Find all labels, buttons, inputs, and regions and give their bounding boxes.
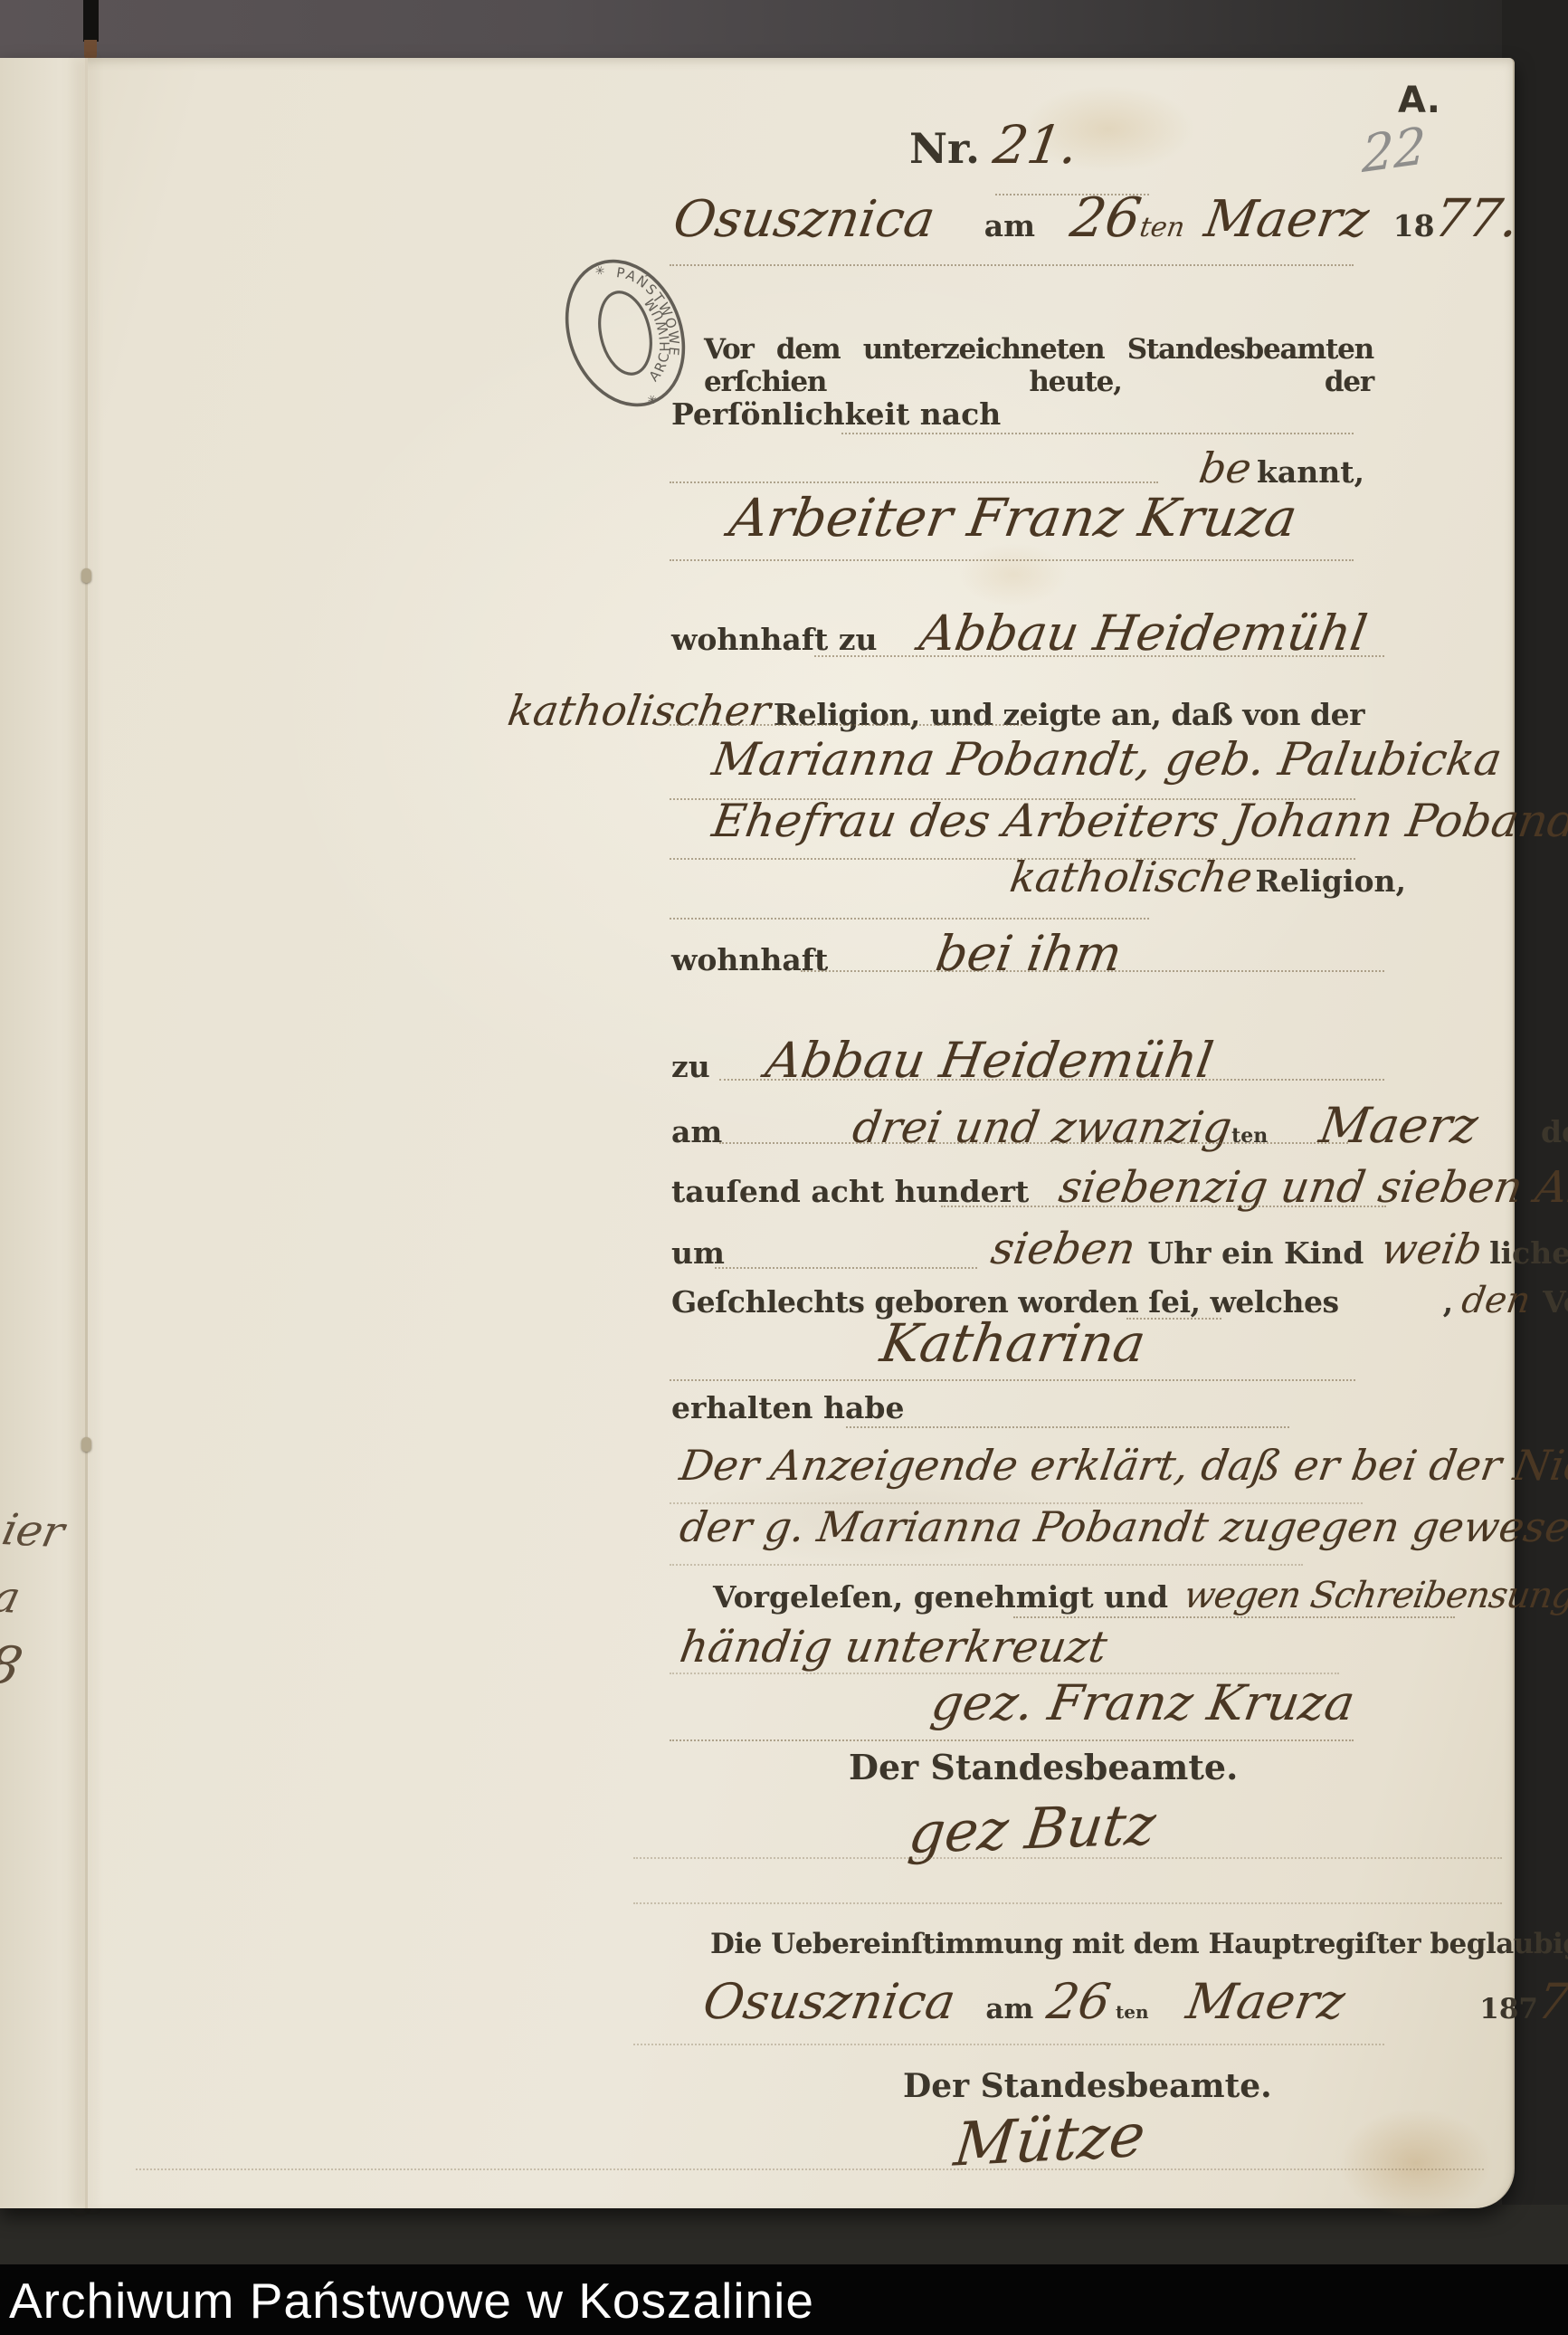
pencil-folio-number: 22	[1358, 117, 1430, 184]
dotted-rule	[846, 1426, 1289, 1428]
birthdate-line: am drei und zwanzig ten Maerz des Jahres	[671, 1097, 1568, 1154]
record-number-value: 21.	[990, 114, 1083, 176]
mother-name-line: Marianna Pobandt, geb. Palubicka	[713, 733, 1501, 786]
persoenlichkeit-text: Perſönlichkeit nach	[671, 396, 1001, 432]
um-label: um	[671, 1235, 725, 1271]
wohnhaft-label: wohnhaft	[671, 942, 828, 977]
background-top	[0, 0, 1568, 58]
child-name: Katharina	[877, 1312, 1150, 1374]
binding-fold	[85, 58, 88, 2208]
lichen-label: lichen	[1489, 1235, 1568, 1271]
corner-letter-text: A.	[1398, 80, 1440, 121]
dotted-rule	[670, 1564, 1303, 1566]
declaration-line-2: der g. Marianna Pobandt zugegen gewesen …	[680, 1502, 1568, 1551]
mother-husband-line: Ehefrau des Arbeiters Johann Pobandt,	[713, 795, 1568, 847]
dotted-rule	[633, 2044, 1384, 2045]
registrar-label-2-text: Der Standesbeamte.	[903, 2067, 1272, 2105]
declaration-line-1: Der Anzeigende erklärt, daß er bei der N…	[680, 1441, 1568, 1490]
book-ribbon	[83, 0, 99, 42]
certification-text: Die Uebereinſtimmung mit dem Hauptregiſt…	[710, 1928, 1568, 1960]
margin-bleed-text-1: t hier	[0, 1501, 69, 1558]
certification-line: Die Uebereinſtimmung mit dem Hauptregiſt…	[710, 1928, 1568, 1960]
birth-month: Maerz	[1316, 1097, 1482, 1154]
erhalten-line: erhalten habe	[671, 1390, 904, 1425]
declarant-name: Arbeiter Franz Kruza	[726, 487, 1302, 548]
dateline-year-print: 18	[1393, 208, 1435, 243]
des-jahres-label: des Jahres	[1541, 1114, 1568, 1149]
dotted-rule	[670, 1739, 1354, 1741]
dotted-rule	[719, 1079, 1384, 1081]
certification-dateline: Osusznica am 26 ten Maerz 187 7.	[704, 1973, 1568, 2030]
wohnhaft-line: wohnhaft bei ihm	[671, 925, 1121, 982]
bekannt-line: be kannt,	[670, 443, 1364, 492]
vorgelesen-line: Vorgeleſen, genehmigt und wegen Schreibe…	[713, 1575, 1568, 1616]
certify-year-print: 187	[1479, 1993, 1538, 2025]
tausend-label: tauſend acht hundert	[671, 1174, 1029, 1209]
sex-hand: weib	[1378, 1225, 1486, 1273]
dotted-rule	[715, 1267, 977, 1269]
uhr-kind-label: Uhr ein Kind	[1147, 1235, 1364, 1271]
am-label: am	[671, 1114, 722, 1149]
certify-am: am	[985, 1993, 1033, 2025]
intro-line: Vor dem unterzeichneten Standesbeamten e…	[704, 333, 1373, 398]
religion2-print: Religion,	[1255, 863, 1406, 899]
dotted-rule	[719, 1142, 1172, 1144]
dotted-rule	[941, 1206, 1386, 1207]
corner-letter: A.	[1398, 80, 1440, 121]
dotted-rule	[633, 1902, 1502, 1904]
page-gutter	[0, 58, 85, 2208]
declaration-text-2: der g. Marianna Pobandt zugegen gewesen …	[677, 1502, 1568, 1551]
vorgelesen-print: Vorgeleſen, genehmigt und	[713, 1579, 1168, 1615]
haendig-text: händig unterkreuzt	[677, 1622, 1111, 1673]
registrar-label-2: Der Standesbeamte.	[903, 2067, 1272, 2105]
schreib-hand: wegen Schreibensungeübtheit eigen	[1181, 1575, 1568, 1616]
dotted-rule	[670, 264, 1354, 266]
dotted-rule	[801, 970, 1384, 972]
declarant-signature-line: gez. Franz Kruza	[932, 1674, 1354, 1731]
religion1-hand: katholischer	[505, 686, 774, 735]
dateline-place: Osusznica	[670, 190, 939, 249]
dotted-rule	[633, 1857, 1502, 1859]
declarant-signature: gez. Franz Kruza	[927, 1674, 1359, 1731]
mother-husband: Ehefrau des Arbeiters Johann Pobandt,	[708, 795, 1568, 847]
zu-label: zu	[671, 1049, 710, 1084]
registrar-signature-1-text: gez Butz	[906, 1791, 1160, 1866]
child-name-line: Katharina	[670, 1312, 1357, 1374]
religion1-line: katholischer Religion, und zeigte an, da…	[670, 686, 1364, 735]
wohnhaft-zu-line: wohnhaft zu Abbau Heidemühl	[671, 605, 1367, 662]
vornamen-label: Vornamen	[1543, 1284, 1568, 1320]
book-ribbon-tip	[84, 40, 97, 60]
record-number-label: Nr.	[909, 124, 980, 173]
erhalten-text: erhalten habe	[671, 1390, 904, 1425]
dotted-rule	[1013, 1616, 1455, 1618]
dotted-rule	[670, 1379, 1355, 1381]
mother-name: Marianna Pobandt, geb. Palubicka	[708, 733, 1506, 786]
stamp-star-top-icon: ✳	[594, 263, 608, 280]
religion1-print: Religion, und zeigte an, daß von der	[774, 697, 1364, 732]
birth-day-words: drei und zwanzig	[850, 1102, 1236, 1153]
religion2-hand: katholische	[1006, 853, 1255, 901]
dateline-month: Maerz	[1200, 190, 1372, 249]
dateline-day-suffix: ten	[1138, 212, 1188, 243]
archive-scan: ARCHIWUM PAŃSTWOWE ✳ ✳ Nr. 21. A. 22 Osu…	[0, 0, 1568, 2335]
registrar-label-1: Der Standesbeamte.	[849, 1747, 1238, 1787]
bekannt-hand: be	[1196, 443, 1255, 492]
birth-hour: sieben	[987, 1224, 1138, 1274]
margin-bleed-fragment: t hier	[0, 1501, 65, 1558]
certify-month: Maerz	[1183, 1973, 1349, 2030]
wohnhaft-value: bei ihm	[932, 925, 1126, 982]
binding-stitch	[81, 1437, 91, 1452]
certify-day: 26	[1043, 1973, 1115, 2030]
comma: ,	[1443, 1284, 1454, 1320]
stamp-star-bottom-icon: ✳	[645, 393, 660, 409]
certify-place: Osusznica	[699, 1973, 959, 2030]
record-number: Nr. 21.	[909, 114, 1078, 176]
archive-caption-text: Archiwum Państwowe w Koszalinie	[9, 2272, 814, 2330]
declaration-text-1: Der Anzeigende erklärt, daß er bei der N…	[677, 1441, 1568, 1490]
declarant-line: Arbeiter Franz Kruza	[670, 487, 1357, 548]
bekannt-print: kannt,	[1257, 454, 1364, 490]
wohnhaft-zu-label: wohnhaft zu	[671, 622, 877, 657]
certify-year-hand: 7.	[1534, 1973, 1568, 2030]
intro-line-text: Vor dem unterzeichneten Standesbeamten e…	[704, 333, 1373, 398]
dotted-rule	[841, 433, 1354, 434]
background-bottom	[0, 2205, 1568, 2264]
den-hand: den	[1459, 1280, 1533, 1321]
dotted-rule	[670, 481, 1158, 483]
certify-day-suffix: ten	[1116, 2001, 1149, 2023]
dateline-am: am	[984, 208, 1035, 243]
dotted-rule	[670, 724, 1022, 726]
pencil-folio-number-text: 22	[1362, 117, 1427, 186]
dotted-rule	[136, 2168, 1484, 2170]
registrar-signature-1: gez Butz	[908, 1791, 1156, 1865]
dateline-year-hand: 77.	[1430, 187, 1523, 249]
binding-stitch	[81, 568, 91, 583]
haendig-line: händig unterkreuzt	[680, 1622, 1107, 1673]
margin-bleed-fragment: ha	[0, 1569, 21, 1624]
dotted-rule	[670, 918, 1149, 920]
registrar-label-1-text: Der Standesbeamte.	[849, 1747, 1238, 1787]
wohnhaft-zu-value: Abbau Heidemühl	[916, 605, 1371, 662]
dotted-rule	[670, 559, 1354, 561]
dateline-day: 26	[1066, 186, 1145, 250]
dateline: Osusznica am 26 ten Maerz 18 77.	[674, 186, 1518, 250]
ten-superscript: ten	[1231, 1124, 1268, 1148]
dotted-rule	[814, 655, 1384, 657]
persoenlichkeit-line: Perſönlichkeit nach	[671, 396, 1001, 432]
dotted-rule	[1181, 1142, 1348, 1144]
religion2-line: katholische Religion,	[670, 853, 1406, 901]
